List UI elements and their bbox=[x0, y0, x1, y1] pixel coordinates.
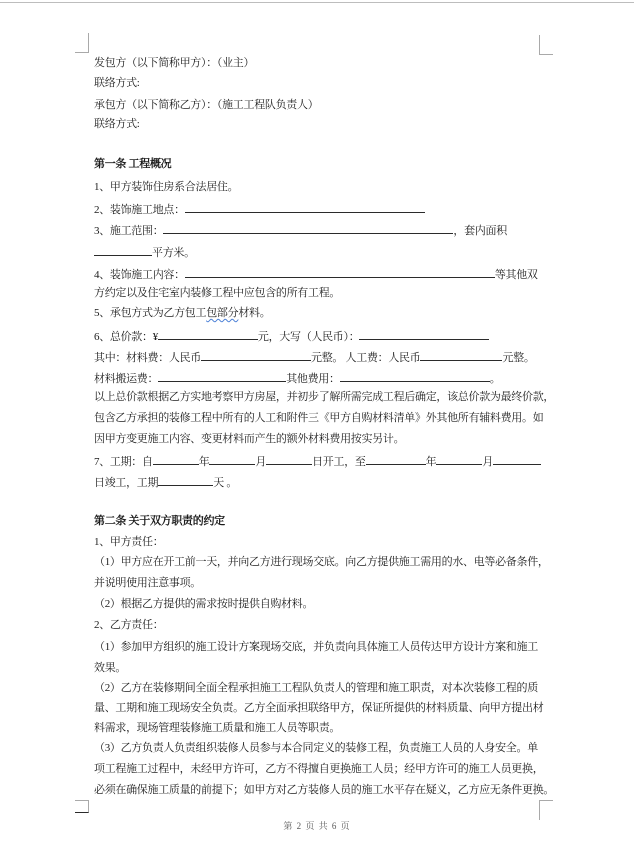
blank-field-duration-days[interactable] bbox=[158, 474, 213, 486]
s1-item6-pre: 6、总价款：¥ bbox=[94, 331, 158, 343]
s1-fees-line2: 材料搬运费：其他费用：。 bbox=[94, 370, 500, 386]
blank-field-end-year[interactable] bbox=[366, 453, 426, 465]
blank-field-address[interactable] bbox=[185, 201, 425, 213]
s1-item7-cont-pre: 日竣工，工期 bbox=[94, 477, 158, 489]
s1-item3-label: 3、施工范围： bbox=[94, 225, 163, 237]
blank-field-area[interactable] bbox=[94, 244, 152, 256]
s1-fees-d: 材料搬运费： bbox=[94, 373, 158, 385]
s1-item7-y2: 年 bbox=[426, 456, 437, 468]
spellcheck-squiggle-text: 包部分 bbox=[206, 307, 238, 319]
s2-a1-line2: 并说明使用注意事项。 bbox=[94, 577, 201, 590]
blank-field-other-fee[interactable] bbox=[340, 370, 490, 382]
s2-b3-line1: （3）乙方负责人负责组织装修人员参与本合同定义的装修工程，负责施工人员的人身安全… bbox=[94, 742, 538, 755]
page-top-edge bbox=[0, 2, 634, 3]
s1-item4-label: 4、装饰施工内容： bbox=[94, 269, 185, 281]
s1-item3-cont-line: 平方米。 bbox=[94, 244, 195, 260]
blank-field-labor-fee[interactable] bbox=[420, 349, 502, 361]
page-number-footer: 第 2 页 共 6 页 bbox=[0, 819, 634, 832]
margin-crop-mark-bottom-right bbox=[539, 800, 553, 820]
s1-item7-m2: 月 bbox=[482, 456, 493, 468]
blank-field-amount-words[interactable] bbox=[359, 328, 489, 340]
party-a-contact-line: 联络方式: bbox=[94, 77, 140, 90]
s2-a1-line1: （1）甲方应在开工前一天，并向乙方进行现场交底。向乙方提供施工需用的水、电等必备… bbox=[94, 556, 549, 569]
s2-party-b-duty-label: 2、乙方责任： bbox=[94, 619, 163, 632]
s1-item3-cont: 平方米。 bbox=[152, 247, 195, 259]
blank-field-scope[interactable] bbox=[163, 222, 453, 234]
blank-field-end-month[interactable] bbox=[436, 453, 482, 465]
s1-item7-mid: 日开工，至 bbox=[312, 456, 366, 468]
s1-item4-suffix: 等其他双 bbox=[495, 269, 538, 281]
s2-party-a-duty-label: 1、甲方责任： bbox=[94, 536, 163, 549]
s1-price-note-line3: 因甲方变更施工内容、变更材料而产生的额外材料费用按实另计。 bbox=[94, 433, 404, 446]
s1-item6-line: 6、总价款：¥元，大写（人民币）： bbox=[94, 328, 489, 344]
section2-heading: 第二条 关于双方职责的约定 bbox=[94, 515, 225, 528]
party-b-line: 承包方（以下简称乙方）：（施工工程队负责人） bbox=[94, 99, 318, 112]
s1-fees-b: 元整。 人工费：人民币 bbox=[311, 352, 420, 364]
s2-b3-line2: 项工程施工过程中，未经甲方许可，乙方不得擅自更换施工人员；经甲方许可的施工人员更… bbox=[94, 763, 543, 776]
party-b-contact-line: 联络方式: bbox=[94, 118, 140, 131]
s2-b2-line1: （2）乙方在装修期间全面全程承担施工工程队负责人的管理和施工职责，对本次装修工程… bbox=[94, 682, 538, 695]
s1-item2-label: 2、装饰施工地点： bbox=[94, 204, 185, 216]
blank-field-content[interactable] bbox=[185, 266, 495, 278]
s1-item5-line: 5、承包方式为乙方包工包部分材料。 bbox=[94, 307, 270, 320]
s1-item2-line: 2、装饰施工地点： bbox=[94, 201, 425, 217]
s1-item7-pre: 7、工期：自 bbox=[94, 456, 153, 468]
s1-price-note-line1: 以上总价款根据乙方实地考察甲方房屋，并初步了解所需完成工程后确定，该总价款为最终… bbox=[94, 391, 554, 404]
s1-fees-c: 元整。 bbox=[502, 352, 534, 364]
s1-item5-pre: 5、承包方式为乙方包工 bbox=[94, 307, 206, 319]
s1-item7-cont-post: 天 。 bbox=[213, 477, 237, 489]
blank-field-end-day[interactable] bbox=[493, 453, 541, 465]
s2-b1-line1: （1）参加甲方组织的施工设计方案现场交底，并负责向具体施工人员传达甲方设计方案和… bbox=[94, 641, 538, 654]
s1-fees-f: 。 bbox=[490, 373, 501, 385]
s1-fees-e: 其他费用： bbox=[286, 373, 340, 385]
s2-b3-line3: 必须在确保施工质量的前提下；如甲方对乙方装修人员的施工水平存在疑义，乙方应无条件… bbox=[94, 784, 554, 797]
s2-a2-line: （2）根据乙方提供的需求按时提供自购材料。 bbox=[94, 598, 313, 611]
s1-item4-cont-line: 方约定以及住宅室内装修工程中应包含的所有工程。 bbox=[94, 287, 340, 300]
s1-item7-line: 7、工期：自年月日开工，至年月 bbox=[94, 453, 541, 469]
s1-item7-m1: 月 bbox=[255, 456, 266, 468]
s1-fees-line1: 其中：材料费：人民币元整。 人工费：人民币元整。 bbox=[94, 349, 535, 365]
blank-field-start-year[interactable] bbox=[153, 453, 199, 465]
s1-item7-cont-line: 日竣工，工期天 。 bbox=[94, 474, 237, 490]
s1-item7-y1: 年 bbox=[199, 456, 210, 468]
s1-item3-line: 3、施工范围：，套内面积 bbox=[94, 222, 507, 238]
s1-item3-suffix: ，套内面积 bbox=[453, 225, 507, 237]
s1-item4-line: 4、装饰施工内容：等其他双 bbox=[94, 266, 538, 282]
s2-b2-line3: 料需求，现场管理装修施工质量和施工人员等职责。 bbox=[94, 722, 340, 735]
s1-fees-a: 其中：材料费：人民币 bbox=[94, 352, 201, 364]
s1-item5-post: 材料。 bbox=[238, 307, 270, 319]
blank-field-material-fee[interactable] bbox=[201, 349, 311, 361]
section1-heading: 第一条 工程概况 bbox=[94, 158, 171, 171]
blank-field-start-month[interactable] bbox=[209, 453, 255, 465]
margin-crop-mark-top-left bbox=[75, 33, 89, 53]
blank-field-total-amount[interactable] bbox=[158, 328, 258, 340]
s2-b2-line2: 量、工期和施工现场安全负责。乙方全面承担联络甲方，保证所提供的材料质量、向甲方提… bbox=[94, 702, 543, 715]
s1-price-note-line2: 包含乙方承担的装修工程中所有的人工和附件三《甲方自购材料清单》外其他所有辅料费用… bbox=[94, 412, 543, 425]
s1-item1-line: 1、甲方装饰住房系合法居住。 bbox=[94, 181, 238, 194]
blank-field-start-day[interactable] bbox=[266, 453, 312, 465]
blank-field-haulage-fee[interactable] bbox=[158, 370, 286, 382]
document-page: 发包方（以下简称甲方）：（业主） 联络方式: 承包方（以下简称乙方）：（施工工程… bbox=[0, 0, 634, 860]
margin-crop-mark-top-right bbox=[539, 35, 553, 55]
s1-item6-mid: 元，大写（人民币）： bbox=[258, 331, 360, 343]
party-a-line: 发包方（以下简称甲方）：（业主） bbox=[94, 57, 254, 70]
s2-b1-line2: 效果。 bbox=[94, 662, 126, 675]
margin-crop-mark-bottom-left bbox=[75, 800, 89, 813]
